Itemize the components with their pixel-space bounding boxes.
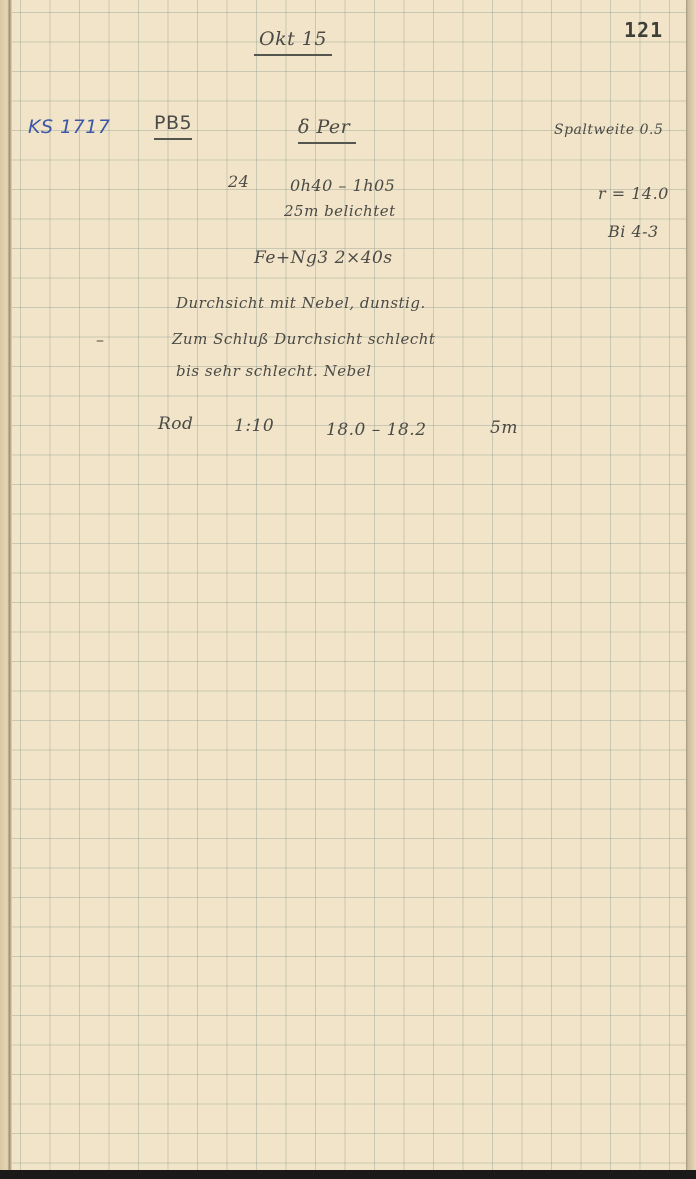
page-spine	[0, 0, 12, 1170]
object-name: δ Per	[298, 116, 356, 144]
comparison-spectrum: Fe+Ng3 2×40s	[254, 248, 393, 268]
exposure-duration: 25m belichtet	[284, 202, 396, 220]
note-line-2: Zum Schluß Durchsicht schlecht	[172, 330, 435, 348]
page-right-edge	[686, 0, 696, 1170]
developer-name: Rod	[158, 414, 193, 434]
scan-bottom-border	[0, 1170, 696, 1179]
slit-width: Spaltweite 0.5	[554, 122, 663, 138]
instrument-r: r = 14.0	[598, 184, 669, 203]
exposure-time-range: 0h40 – 1h05	[290, 176, 395, 195]
note-line-3: bis sehr schlecht. Nebel	[176, 362, 371, 380]
date-heading: Okt 15	[254, 28, 332, 56]
plate-type: PB5	[154, 112, 192, 140]
instrument-bi: Bi 4-3	[608, 222, 659, 241]
developer-ratio: 1:10	[234, 416, 274, 436]
note-dash: –	[96, 330, 105, 349]
developer-temperature: 18.0 – 18.2	[326, 420, 427, 440]
note-line-1: Durchsicht mit Nebel, dunstig.	[176, 294, 426, 312]
exposure-day: 24	[228, 172, 249, 191]
page-number: 121	[624, 18, 663, 42]
developer-time: 5m	[490, 418, 518, 438]
plate-id: KS 1717	[28, 116, 110, 138]
